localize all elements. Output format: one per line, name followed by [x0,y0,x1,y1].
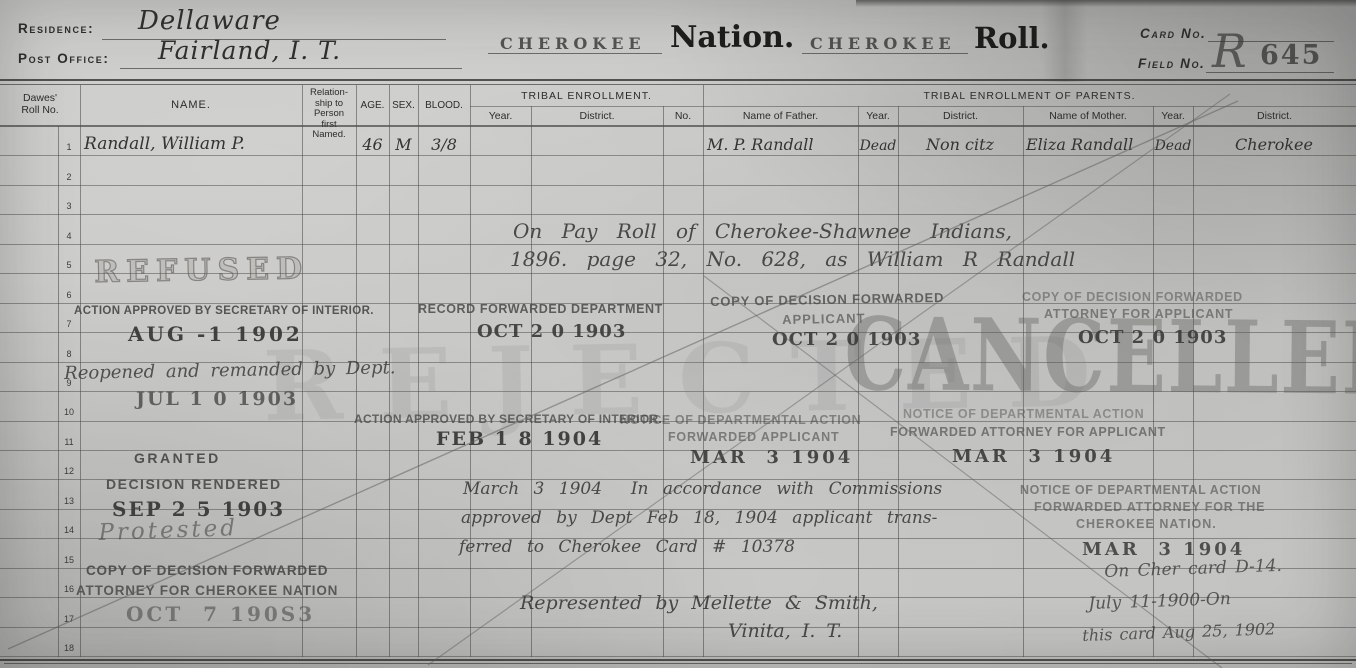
row-number: 12 [58,450,80,479]
field-no-label: Field No. [1138,56,1205,71]
action-approved-interior-stamp: ACTION APPROVED BY SECRETARY OF INTERIOR… [74,305,374,317]
header-te-no: No. [663,110,703,122]
header-age: AGE. [356,100,389,111]
cell-mother_district: Cherokee [1196,126,1352,155]
row-number: 2 [58,155,80,184]
post-office-underline [120,68,462,69]
cell-sex: M [390,126,417,155]
notice-departmental-action-attorney-line1: NOTICE OF DEPARTMENTAL ACTION [903,407,1144,421]
row-number: 3 [58,185,80,214]
notice-departmental-cherokee-nation-line2: FORWARDED ATTORNEY FOR THE [1034,500,1265,514]
header-name: NAME. [80,99,302,111]
mar-3-1904-date-stamp-3: MAR 3 1904 [1082,539,1245,560]
header-father: Name of Father. [703,110,858,122]
cell-blood: 3/8 [419,126,469,155]
header-dawes-roll-no: Dawes' Roll No. [2,92,78,116]
oct-20-1903-date-stamp-1: OCT 2 0 1903 [477,321,626,342]
cell-mother: Eliza Randall [1026,126,1151,155]
field-no-script-letter: R [1212,24,1248,78]
cell-father: M. P. Randall [707,126,856,155]
row-number: 10 [58,391,80,420]
cell-age: 46 [357,126,388,155]
post-office-label: Post Office: [18,51,109,66]
mar-3-1904-date-stamp-2: MAR 3 1904 [952,446,1115,467]
row-line [0,155,1356,156]
granted-stamp: GRANTED [134,450,221,466]
row-number: 1 [58,126,80,155]
protested-note: Protested [98,515,238,546]
oct-7-1903-date-stamp: OCT 7 190S3 [126,602,315,626]
notice-departmental-action-applicant-line2: FORWARDED APPLICANT [668,430,839,444]
cher-card-note-line2: July 11-1900-On [1088,589,1231,614]
residence-value: Dellaware [138,6,281,36]
header-mother-district: District. [1193,110,1356,122]
scan-edge-shadow [856,0,1356,7]
copy-of-decision-forwarded-stamp: COPY OF DECISION FORWARDED [86,563,328,578]
row-number: 15 [58,538,80,567]
roll-title: Roll. [974,21,1050,55]
row-line [0,656,1356,657]
row-number: 4 [58,214,80,243]
oct-20-1903-date-stamp-2: OCT 2 0 1903 [772,329,921,350]
header-blood: BLOOD. [418,100,470,111]
header-relationship: Relation- ship to Person first Named. [302,88,356,141]
cell-mother_year: Dead [1154,126,1192,155]
notice-departmental-cherokee-nation-line1: NOTICE OF DEPARTMENTAL ACTION [1020,483,1261,497]
notice-departmental-action-applicant-line1: NOTICE OF DEPARTMENTAL ACTION [620,413,861,427]
mar-3-1904-date-stamp-1: MAR 3 1904 [690,447,853,468]
enrollment-card: Residence: Dellaware Post Office: Fairla… [0,0,1356,668]
copy-forwarded-applicant-stamp-line2: APPLICANT [782,311,866,327]
row-number: 11 [58,421,80,450]
row-line [0,244,1356,245]
transfer-note-line1: March 3 1904 In accordance with Commissi… [463,479,942,499]
header-father-year: Year. [858,110,898,122]
field-no-underline [1206,72,1334,73]
nation-title: Nation. [670,20,794,55]
row-number: 8 [58,332,80,361]
represented-by-note-line1: Represented by Mellette & Smith, [520,592,878,614]
attorney-for-cherokee-nation-stamp: ATTORNEY FOR CHEROKEE NATION [76,583,338,598]
row-line [0,214,1356,215]
header-mother: Name of Mother. [1023,110,1153,122]
row-line [0,185,1356,186]
row-number: 6 [58,273,80,302]
refused-stamp: REFUSED [94,251,309,290]
row-number: 18 [58,627,80,656]
row-number: 14 [58,509,80,538]
notice-departmental-action-attorney-line2: FORWARDED ATTORNEY FOR APPLICANT [890,425,1166,439]
jul-10-1903-date-stamp: JUL 1 0 1903 [136,388,298,410]
roll-underline [802,53,968,54]
payroll-note-line2: 1896. page 32, No. 628, as William R Ran… [510,247,1075,271]
subheader-divider [470,106,1356,107]
copy-forwarded-attorney-applicant-stamp-line1: COPY OF DECISION FORWARDED [1022,290,1243,304]
record-forwarded-department-stamp: RECORD FORWARDED DEPARTMENT [418,302,663,316]
notice-departmental-cherokee-nation-line3: CHEROKEE NATION. [1076,517,1217,531]
cell-father_year: Dead [859,126,897,155]
header-father-district: District. [898,110,1023,122]
row-number: 13 [58,479,80,508]
header-te-district: District. [531,110,663,122]
header-sex: SEX. [389,100,418,111]
header-tribal-enrollment-parents: TRIBAL ENROLLMENT OF PARENTS. [703,90,1356,102]
payroll-note-line1: On Pay Roll of Cherokee-Shawnee Indians, [513,219,1012,243]
action-approved-interior-stamp-2: ACTION APPROVED BY SECRETARY OF INTERIOR… [354,412,662,426]
cell-father_district: Non citz [899,126,1021,155]
post-office-value: Fairland, I. T. [158,36,341,65]
feb-18-1904-date-stamp: FEB 1 8 1904 [436,428,603,450]
transfer-note-line2: approved by Dept Feb 18, 1904 applicant … [461,508,937,528]
header-tribal-enrollment: TRIBAL ENROLLMENT. [470,90,703,102]
header-divider-bottom [0,84,1356,85]
residence-label: Residence: [18,21,94,36]
nation-prefix-stamp: CHEROKEE [500,34,646,53]
decision-rendered-stamp: DECISION RENDERED [106,476,282,492]
aug-1-1902-date-stamp: AUG -1 1902 [128,322,303,346]
cher-card-note-line3: this card Aug 25, 1902 [1082,619,1276,645]
header-divider-top [0,79,1356,81]
copy-forwarded-attorney-applicant-stamp-line2: ATTORNEY FOR APPLICANT [1044,307,1233,321]
nation-underline [488,53,662,54]
roll-prefix-stamp: CHEROKEE [810,34,956,53]
cell-name: Randall, William P. [84,126,300,155]
header-mother-year: Year. [1153,110,1193,122]
row-number: 5 [58,244,80,273]
header-te-year: Year. [470,110,531,122]
card-no-label: Card No. [1140,26,1206,41]
transfer-note-line3: ferred to Cherokee Card # 10378 [459,537,795,557]
row-number: 17 [58,597,80,626]
represented-by-note-line2: Vinita, I. T. [728,620,842,642]
oct-20-1903-date-stamp-3: OCT 2 0 1903 [1078,327,1227,348]
card-bottom-rule [0,659,1356,661]
card-bottom-rule-2 [4,663,1352,664]
field-no-stamp: 645 [1260,40,1322,71]
